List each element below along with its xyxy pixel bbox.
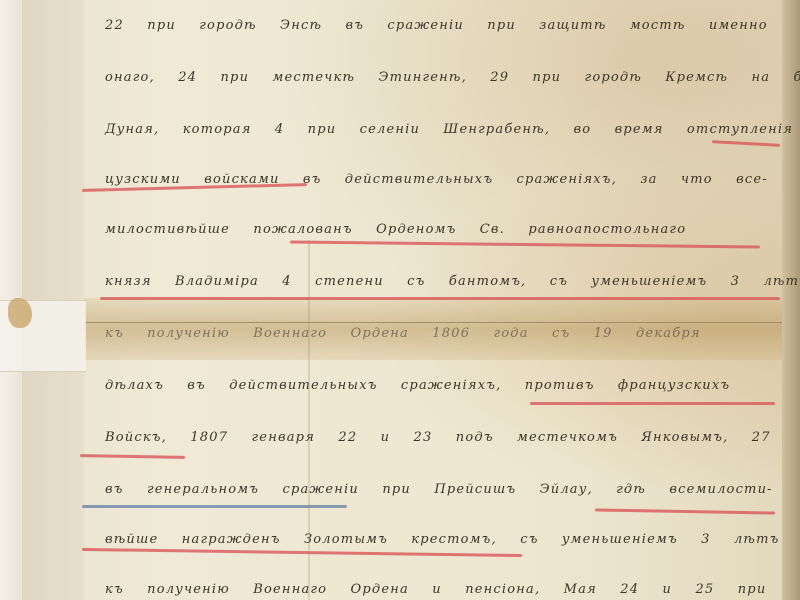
text-line: милостивѣйше пожалованъ Орденомъ Св. рав… (105, 222, 785, 237)
text-line: къ полученію Военнаго Ордена и пенсіона,… (105, 582, 785, 597)
fold-crease (84, 322, 784, 323)
text-line: въ генеральномъ сраженіи при Прейсишъ Эй… (105, 482, 785, 497)
red-underline (712, 140, 780, 147)
red-underline (80, 454, 185, 459)
text-line: онаго, 24 при местечкѣ Этингенѣ, 29 при … (105, 70, 785, 85)
page-right-edge (782, 0, 800, 600)
manuscript-page: 22 при городѣ Энсѣ въ сраженіи при защит… (0, 0, 800, 600)
text-line: вѣйше награжденъ Золотымъ крестомъ, съ у… (105, 532, 785, 547)
text-line: Дуная, которая 4 при селеніи Шенграбенѣ,… (105, 122, 785, 137)
text-line: 22 при городѣ Энсѣ въ сраженіи при защит… (105, 18, 785, 33)
blue-underline (82, 505, 347, 508)
red-underline (290, 241, 760, 249)
text-line: дѣлахъ въ действительныхъ сраженіяхъ, пр… (105, 378, 785, 393)
red-underline (530, 402, 775, 405)
text-line: князя Владиміра 4 степени съ бантомъ, съ… (105, 274, 785, 289)
text-line: къ полученію Военнаго Ордена 1806 года с… (105, 326, 785, 341)
red-underline (100, 297, 780, 300)
text-line: Войскъ, 1807 генваря 22 и 23 подъ местеч… (105, 430, 785, 445)
red-underline (595, 508, 775, 514)
red-underline (82, 548, 522, 557)
tape-stain (8, 298, 32, 328)
